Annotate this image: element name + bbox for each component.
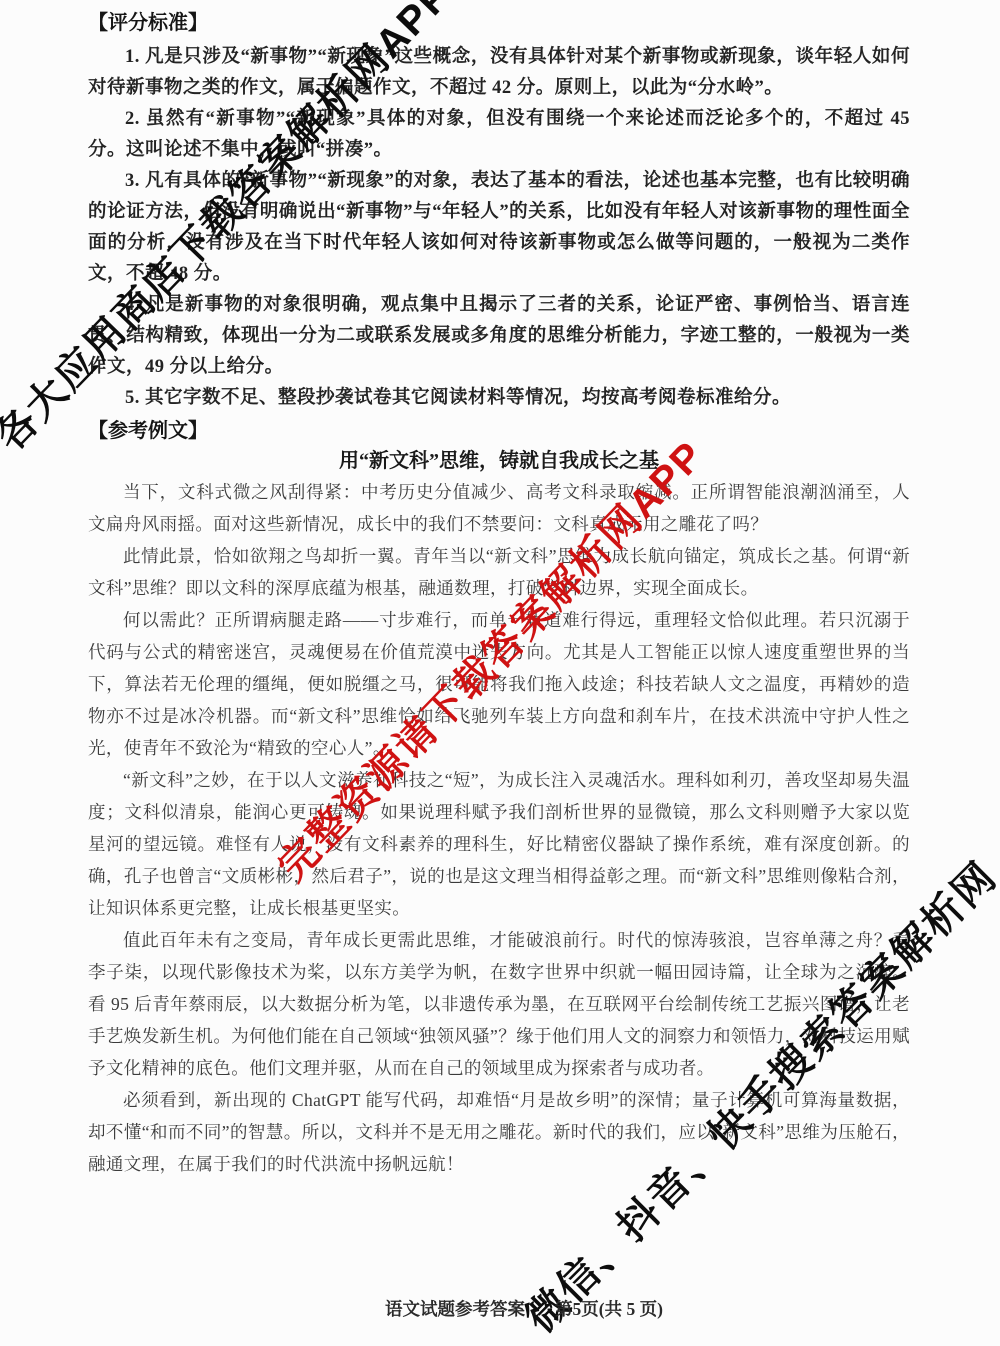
page-footer: 语文试题参考答案 第5页(共 5 页) [0, 1296, 1000, 1321]
footer-title: 语文试题参考答案 [385, 1296, 525, 1321]
footer-page-number: 第5页(共 5 页) [555, 1296, 663, 1321]
grading-item: 5. 其它字数不足、整段抄袭试卷其它阅读材料等情况，均按高考阅卷标准给分。 [88, 383, 910, 414]
essay-paragraph: “新文科”之妙，在于以人文滋养补科技之“短”，为成长注入灵魂活水。理科如利刃，善… [88, 764, 910, 924]
grading-heading: 【评分标准】 [88, 8, 910, 38]
essay-paragraph: 必须看到，新出现的 ChatGPT 能写代码，却难悟“月是故乡明”的深情；量子计… [88, 1084, 910, 1180]
essay-paragraph: 当下，文科式微之风刮得紧：中考历史分值减少、高考文科录取缩减。正所谓智能浪潮汹涌… [88, 476, 910, 540]
essay-title: 用“新文科”思维，铸就自我成长之基 [88, 446, 910, 476]
page-content: 【评分标准】 1. 凡是只涉及“新事物”“新现象”这些概念，没有具体针对某个新事… [88, 8, 910, 1180]
document-page: 【评分标准】 1. 凡是只涉及“新事物”“新现象”这些概念，没有具体针对某个新事… [0, 0, 1000, 1346]
grading-item: 4. 凡是新事物的对象很明确，观点集中且揭示了三者的关系，论证严密、事例恰当、语… [88, 290, 910, 383]
essay-heading: 【参考例文】 [88, 416, 910, 446]
essay-paragraph: 此情此景，恰如欲翔之鸟却折一翼。青年当以“新文科”思维为成长航向锚定，筑成长之基… [88, 540, 910, 604]
grading-item: 1. 凡是只涉及“新事物”“新现象”这些概念，没有具体针对某个新事物或新现象，谈… [88, 42, 910, 104]
essay-paragraph: 值此百年未有之变局，青年成长更需此思维，才能破浪前行。时代的惊涛骇浪，岂容单薄之… [88, 924, 910, 1084]
grading-item: 2. 虽然有“新事物”“新现象”具体的对象，但没有围绕一个来论述而泛论多个的，不… [88, 104, 910, 166]
grading-item: 3. 凡有具体的“新事物”“新现象”的对象，表达了基本的看法，论述也基本完整，也… [88, 166, 910, 290]
essay-paragraph: 何以需此？正所谓病腿走路——寸步难行，而单一轨道难行得远，重理轻文恰似此理。若只… [88, 604, 910, 764]
